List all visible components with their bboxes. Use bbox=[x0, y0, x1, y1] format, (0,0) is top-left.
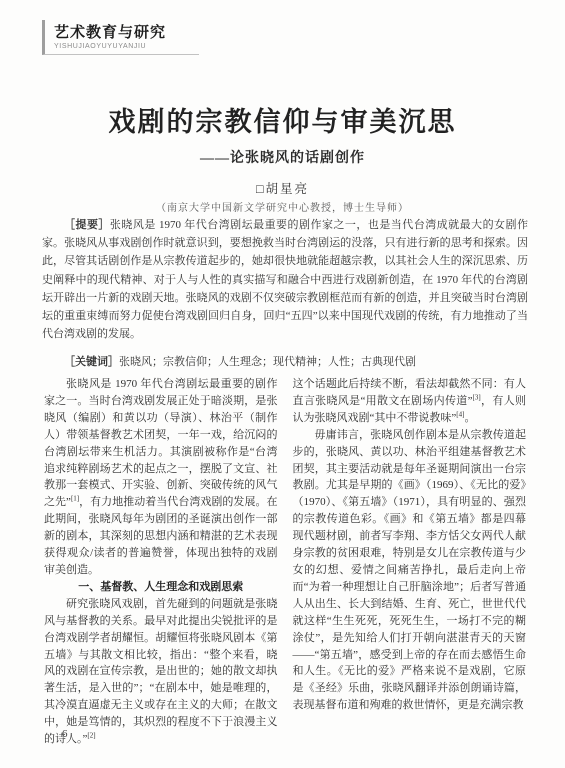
paragraph-4-text: 毋庸讳言，张晓风创作剧本是从宗教传道起步的，张晓风、黄以功、林治平组建基督教艺术… bbox=[293, 429, 527, 712]
article-head: 戏剧的宗教信仰与审美沉思 ——论张晓风的话剧创作 □胡星亮 （南京大学中国新文学… bbox=[0, 105, 565, 215]
paragraph-2-text: 研究张晓风戏剧，首先碰到的问题就是张晓风与基督教的关系。最早对此提出尖锐批评的是… bbox=[44, 598, 278, 745]
article-subtitle: ——论张晓风的话剧创作 bbox=[0, 150, 565, 168]
article-title: 戏剧的宗教信仰与审美沉思 bbox=[0, 105, 565, 139]
journal-name-pinyin: YISHUJIAOYUYUYANJIU bbox=[54, 42, 199, 51]
section-heading-1: 一、基督教、人生理念和戏剧思索 bbox=[44, 579, 278, 596]
abstract-block: ［提要］张晓风是 1970 年代台湾剧坛最重要的剧作家之一，也是当代台湾成就最大… bbox=[42, 216, 528, 372]
footnote-ref-2: [2] bbox=[87, 731, 95, 739]
footnote-ref-1: [1] bbox=[71, 495, 79, 503]
journal-page: 艺术教育与研究 YISHUJIAOYUYUYANJIU 戏剧的宗教信仰与审美沉思… bbox=[0, 0, 565, 768]
paragraph-4: 毋庸讳言，张晓风创作剧本是从宗教传道起步的，张晓风、黄以功、林治平组建基督教艺术… bbox=[293, 427, 527, 714]
footnote-ref-3: [3] bbox=[473, 393, 481, 401]
page-number: 6 bbox=[62, 728, 68, 740]
abstract-paragraph: ［提要］张晓风是 1970 年代台湾剧坛最重要的剧作家之一，也是当代台湾成就最大… bbox=[42, 216, 528, 343]
article-affiliation: （南京大学中国新文学研究中心教授，博士生导师） bbox=[0, 202, 565, 215]
abstract-text: 张晓风是 1970 年代台湾剧坛最重要的剧作家之一，也是当代台湾成就最大的女剧作… bbox=[42, 219, 528, 340]
keywords-paragraph: ［关键词］张晓风；宗教信仰；人生理念；现代精神；人性；古典现代剧 bbox=[42, 353, 528, 371]
paragraph-1-text-a: 张晓风是 1970 年代台湾剧坛最重要的剧作家之一。当时台湾戏剧发展正处于暗淡期… bbox=[44, 378, 278, 508]
keywords-text: 张晓风；宗教信仰；人生理念；现代精神；人性；古典现代剧 bbox=[119, 356, 416, 368]
paragraph-2: 研究张晓风戏剧，首先碰到的问题就是张晓风与基督教的关系。最早对此提出尖锐批评的是… bbox=[44, 596, 278, 748]
journal-masthead: 艺术教育与研究 YISHUJIAOYUYUYANJIU bbox=[42, 20, 199, 55]
paragraph-3: 这个话题此后持续不断，看法却截然不同：有人直言张晓风是“用散文在剧场内传道”[3… bbox=[293, 376, 527, 427]
keywords-label: ［关键词］ bbox=[64, 356, 119, 368]
paragraph-1-text-b: ，有力地推动着当代台湾戏剧的发展。在此期间，张晓风每年为剧团的圣诞演出创作一部新… bbox=[44, 496, 278, 576]
body-right-column: 这个话题此后持续不断，看法却截然不同：有人直言张晓风是“用散文在剧场内传道”[3… bbox=[293, 376, 527, 748]
paragraph-1: 张晓风是 1970 年代台湾剧坛最重要的剧作家之一。当时台湾戏剧发展正处于暗淡期… bbox=[44, 376, 278, 579]
article-author: □胡星亮 bbox=[0, 181, 565, 197]
body-columns: 张晓风是 1970 年代台湾剧坛最重要的剧作家之一。当时台湾戏剧发展正处于暗淡期… bbox=[44, 376, 526, 748]
paragraph-3-text-c: 。 bbox=[464, 412, 475, 424]
abstract-label: ［提要］ bbox=[64, 219, 110, 231]
journal-name: 艺术教育与研究 bbox=[54, 24, 199, 41]
body-left-column: 张晓风是 1970 年代台湾剧坛最重要的剧作家之一。当时台湾戏剧发展正处于暗淡期… bbox=[44, 376, 278, 748]
